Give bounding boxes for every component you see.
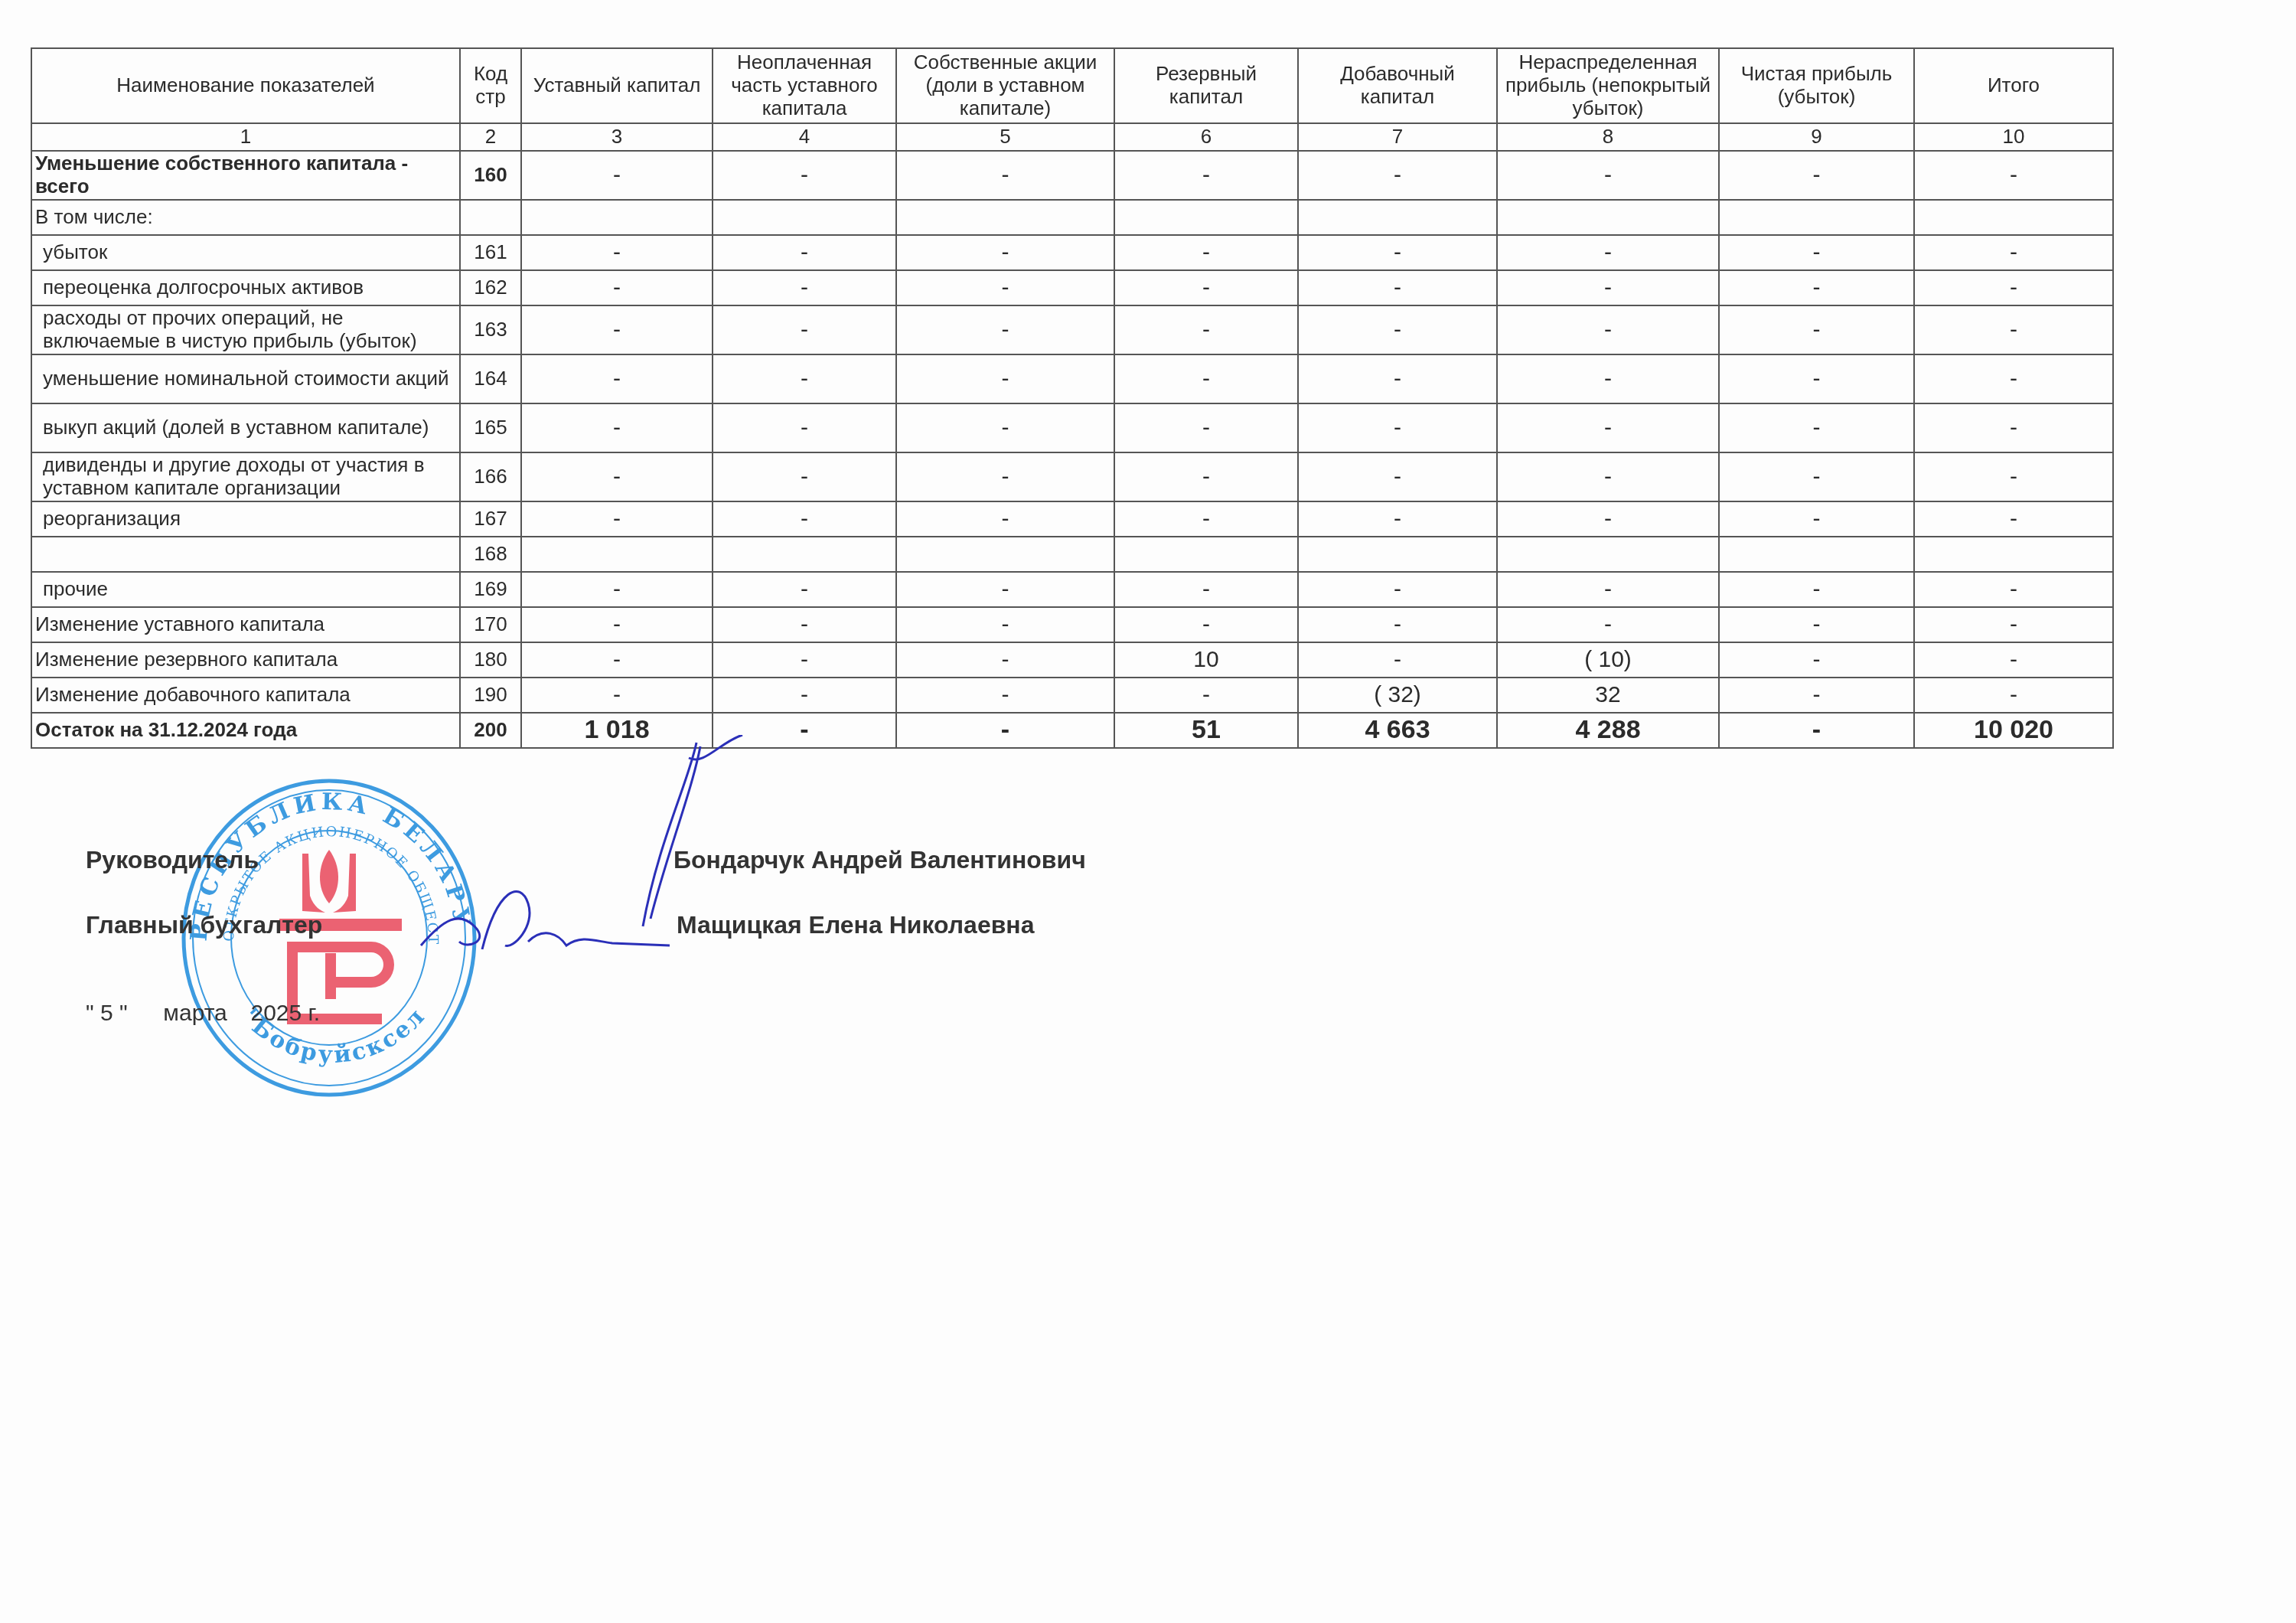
cell-value: - [1914, 678, 2113, 713]
cell-value: - [1497, 305, 1719, 354]
cell-value: - [1114, 305, 1298, 354]
cell-value: 10 020 [1914, 713, 2113, 748]
cell-value: - [896, 607, 1114, 642]
cell-value: - [1497, 354, 1719, 403]
cell-value: - [1497, 572, 1719, 607]
date-year: 2025 г. [250, 1001, 320, 1026]
cell-value: - [521, 354, 713, 403]
cell-value: - [896, 452, 1114, 501]
cell-value: - [1719, 305, 1914, 354]
cell-value: - [896, 270, 1114, 305]
cell-value: - [1719, 642, 1914, 678]
table-row: реорганизация167-------- [31, 501, 2113, 537]
cell-value: - [1114, 235, 1298, 270]
cell-value: - [896, 151, 1114, 200]
column-header: Неоплаченная часть уставного капитала [713, 48, 896, 123]
column-header: Добавочный капитал [1298, 48, 1497, 123]
column-number: 7 [1298, 123, 1497, 151]
row-name: Уменьшение собственного капитала - всего [31, 151, 460, 200]
column-number: 8 [1497, 123, 1719, 151]
row-code: 162 [460, 270, 521, 305]
table-row: убыток161-------- [31, 235, 2113, 270]
cell-value [1914, 200, 2113, 235]
cell-value: - [1114, 572, 1298, 607]
cell-value: - [1914, 572, 2113, 607]
cell-value [1298, 537, 1497, 572]
cell-value: - [1719, 354, 1914, 403]
cell-value: - [1914, 607, 2113, 642]
cell-value: ( 32) [1298, 678, 1497, 713]
cell-value: - [713, 452, 896, 501]
row-name: В том числе: [31, 200, 460, 235]
table-row: прочие169-------- [31, 572, 2113, 607]
cell-value: - [1497, 403, 1719, 452]
cell-value [1114, 200, 1298, 235]
cell-value [1719, 200, 1914, 235]
cell-value: - [713, 642, 896, 678]
date-day: " 5 " [86, 1001, 128, 1026]
row-code: 167 [460, 501, 521, 537]
row-name: прочие [31, 572, 460, 607]
cell-value: 32 [1497, 678, 1719, 713]
row-code: 169 [460, 572, 521, 607]
cell-value [896, 537, 1114, 572]
cell-value: - [521, 403, 713, 452]
cell-value: - [1719, 572, 1914, 607]
row-code: 164 [460, 354, 521, 403]
cell-value: - [521, 501, 713, 537]
capital-changes-table: Наименование показателейКод стрУставный … [31, 47, 2114, 749]
table-row: расходы от прочих операций, не включаемы… [31, 305, 2113, 354]
cell-value: - [1497, 270, 1719, 305]
head-title: Руководитель [86, 846, 259, 874]
cell-value: - [1298, 235, 1497, 270]
table-row: Изменение уставного капитала170-------- [31, 607, 2113, 642]
row-name: уменьшение номинальной стоимости акций [31, 354, 460, 403]
cell-value: - [521, 235, 713, 270]
cell-value [896, 200, 1114, 235]
cell-value: - [896, 235, 1114, 270]
cell-value: - [1114, 354, 1298, 403]
accountant-name: Мащицкая Елена Николаевна [677, 911, 1034, 939]
column-header: Итого [1914, 48, 2113, 123]
cell-value: - [1914, 235, 2113, 270]
table-row: 168 [31, 537, 2113, 572]
cell-value: 4 663 [1298, 713, 1497, 748]
column-number-row: 12345678910 [31, 123, 2113, 151]
row-code: 160 [460, 151, 521, 200]
cell-value: - [896, 501, 1114, 537]
cell-value: - [896, 305, 1114, 354]
row-code: 168 [460, 537, 521, 572]
accountant-title: Главный бухгалтер [86, 911, 322, 939]
document-page: Наименование показателейКод стрУставный … [0, 0, 2296, 1623]
cell-value: - [521, 678, 713, 713]
cell-value: - [1914, 642, 2113, 678]
cell-value: - [1719, 607, 1914, 642]
cell-value: - [521, 305, 713, 354]
table-row: Уменьшение собственного капитала - всего… [31, 151, 2113, 200]
cell-value [713, 200, 896, 235]
cell-value: - [1914, 452, 2113, 501]
cell-value: - [1914, 305, 2113, 354]
row-code: 161 [460, 235, 521, 270]
column-header: Наименование показателей [31, 48, 460, 123]
cell-value: - [1719, 678, 1914, 713]
cell-value: - [1298, 501, 1497, 537]
header-row: Наименование показателейКод стрУставный … [31, 48, 2113, 123]
cell-value: - [713, 235, 896, 270]
table-row: дивиденды и другие доходы от участия в у… [31, 452, 2113, 501]
cell-value: - [1719, 151, 1914, 200]
row-name: Изменение добавочного капитала [31, 678, 460, 713]
cell-value: - [521, 607, 713, 642]
column-number: 5 [896, 123, 1114, 151]
column-number: 2 [460, 123, 521, 151]
table-row: выкуп акций (долей в уставном капитале)1… [31, 403, 2113, 452]
cell-value: - [1719, 713, 1914, 748]
column-number: 6 [1114, 123, 1298, 151]
row-code: 180 [460, 642, 521, 678]
cell-value: - [1497, 452, 1719, 501]
cell-value [1298, 200, 1497, 235]
cell-value [1114, 537, 1298, 572]
row-code: 163 [460, 305, 521, 354]
cell-value: - [896, 713, 1114, 748]
column-header: Собственные акции (доли в уставном капит… [896, 48, 1114, 123]
cell-value: - [896, 572, 1114, 607]
date-month: марта [163, 1001, 227, 1026]
column-header: Резервный капитал [1114, 48, 1298, 123]
cell-value: - [1497, 607, 1719, 642]
cell-value: - [1914, 403, 2113, 452]
cell-value: - [1298, 452, 1497, 501]
cell-value: - [1497, 235, 1719, 270]
cell-value: - [1298, 151, 1497, 200]
column-header: Чистая прибыль (убыток) [1719, 48, 1914, 123]
cell-value: - [1914, 270, 2113, 305]
column-header: Уставный капитал [521, 48, 713, 123]
row-name: переоценка долгосрочных активов [31, 270, 460, 305]
cell-value: - [521, 270, 713, 305]
cell-value: - [1298, 403, 1497, 452]
column-number: 9 [1719, 123, 1914, 151]
row-code: 165 [460, 403, 521, 452]
cell-value: - [521, 151, 713, 200]
cell-value: - [1298, 305, 1497, 354]
column-number: 4 [713, 123, 896, 151]
head-name: Бондарчук Андрей Валентинович [673, 846, 1086, 874]
cell-value [1497, 537, 1719, 572]
row-name: Изменение резервного капитала [31, 642, 460, 678]
row-code: 170 [460, 607, 521, 642]
row-name: убыток [31, 235, 460, 270]
row-code: 190 [460, 678, 521, 713]
cell-value: 51 [1114, 713, 1298, 748]
table-row: переоценка долгосрочных активов162------… [31, 270, 2113, 305]
cell-value: - [896, 678, 1114, 713]
cell-value: - [713, 572, 896, 607]
cell-value: - [1298, 354, 1497, 403]
cell-value: - [713, 403, 896, 452]
cell-value: - [521, 452, 713, 501]
cell-value: - [713, 305, 896, 354]
signing-date: " 5 " марта 2025 г. [86, 1001, 320, 1027]
cell-value: - [713, 607, 896, 642]
cell-value: - [1914, 501, 2113, 537]
cell-value: - [896, 403, 1114, 452]
cell-value: - [1298, 607, 1497, 642]
cell-value: - [1719, 270, 1914, 305]
cell-value [713, 537, 896, 572]
row-name: выкуп акций (долей в уставном капитале) [31, 403, 460, 452]
cell-value: - [1497, 501, 1719, 537]
row-name: реорганизация [31, 501, 460, 537]
cell-value [1914, 537, 2113, 572]
column-number: 1 [31, 123, 460, 151]
cell-value: - [713, 501, 896, 537]
cell-value: - [896, 354, 1114, 403]
cell-value: - [1114, 501, 1298, 537]
cell-value: - [1114, 678, 1298, 713]
cell-value: - [713, 270, 896, 305]
cell-value: - [1114, 151, 1298, 200]
row-code: 166 [460, 452, 521, 501]
cell-value: - [896, 642, 1114, 678]
cell-value: - [521, 642, 713, 678]
column-header: Код стр [460, 48, 521, 123]
cell-value: 10 [1114, 642, 1298, 678]
column-number: 10 [1914, 123, 2113, 151]
cell-value: - [521, 572, 713, 607]
cell-value [521, 200, 713, 235]
cell-value: - [1298, 642, 1497, 678]
cell-value: - [1114, 403, 1298, 452]
row-name: Изменение уставного капитала [31, 607, 460, 642]
row-name [31, 537, 460, 572]
cell-value: - [1114, 270, 1298, 305]
row-name: дивиденды и другие доходы от участия в у… [31, 452, 460, 501]
column-header: Нераспределенная прибыль (непокрытый убы… [1497, 48, 1719, 123]
cell-value: - [1719, 452, 1914, 501]
column-number: 3 [521, 123, 713, 151]
cell-value: - [1914, 151, 2113, 200]
cell-value: - [1114, 452, 1298, 501]
table-row: В том числе: [31, 200, 2113, 235]
cell-value: - [1114, 607, 1298, 642]
cell-value: - [1298, 572, 1497, 607]
cell-value: - [713, 678, 896, 713]
cell-value: - [1298, 270, 1497, 305]
row-code: 200 [460, 713, 521, 748]
row-name: расходы от прочих операций, не включаемы… [31, 305, 460, 354]
accountant-signature [413, 873, 673, 957]
cell-value: - [713, 354, 896, 403]
cell-value: 4 288 [1497, 713, 1719, 748]
cell-value: - [1914, 354, 2113, 403]
table-row: Изменение добавочного капитала190----( 3… [31, 678, 2113, 713]
cell-value: ( 10) [1497, 642, 1719, 678]
cell-value: - [1719, 501, 1914, 537]
cell-value: - [1719, 403, 1914, 452]
cell-value [521, 537, 713, 572]
cell-value: - [1719, 235, 1914, 270]
row-code [460, 200, 521, 235]
row-name: Остаток на 31.12.2024 года [31, 713, 460, 748]
table-row: Остаток на 31.12.2024 года2001 018--514 … [31, 713, 2113, 748]
table-row: Изменение резервного капитала180---10-( … [31, 642, 2113, 678]
cell-value [1719, 537, 1914, 572]
cell-value: - [1497, 151, 1719, 200]
cell-value: - [713, 151, 896, 200]
table-row: уменьшение номинальной стоимости акций16… [31, 354, 2113, 403]
cell-value [1497, 200, 1719, 235]
